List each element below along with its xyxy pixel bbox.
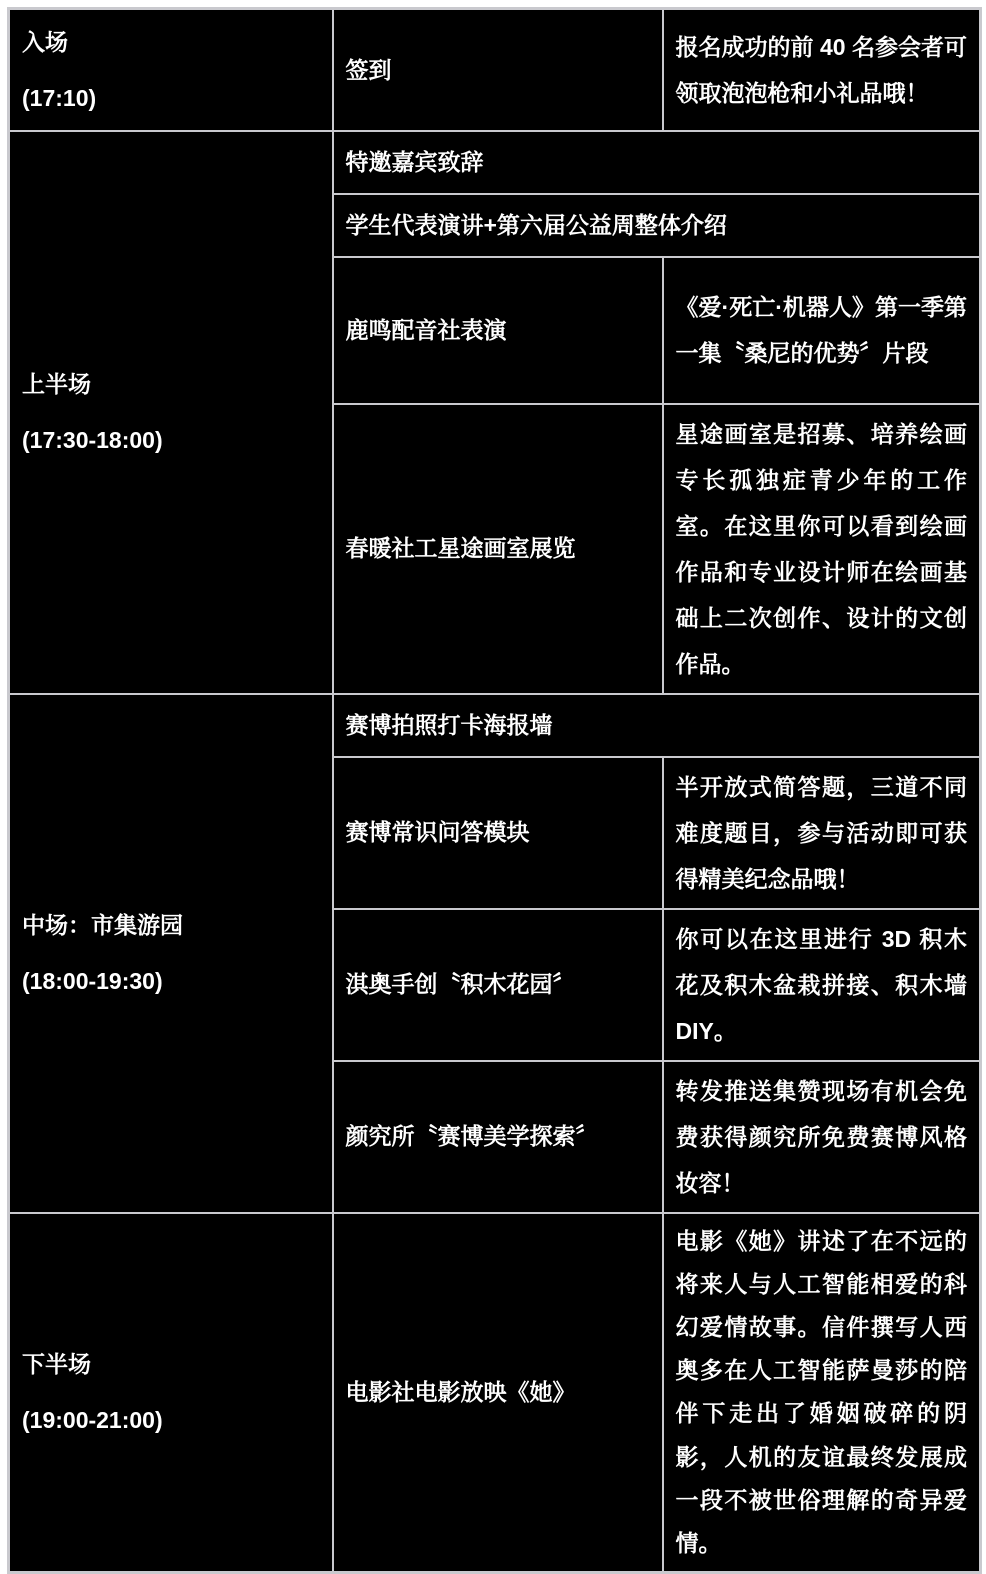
table-row: 下半场 (19:00-21:00) 电影社电影放映《她》 电影《她》讲述了在不远… [9,1213,981,1573]
detail-text: 报名成功的前 40 名参会者可领取泡泡枪和小礼品哦！ [676,24,968,116]
activity-cell: 鹿鸣配音社表演 [333,257,663,404]
detail-text: 电影《她》讲述了在不远的将来人与人工智能相爱的科幻爱情故事。信件撰写人西奥多在人… [676,1220,968,1566]
detail-text: 《爱·死亡·机器人》第一季第一集〝桑尼的优势〞片段 [676,284,968,376]
detail-text: 转发推送集赞现场有机会免费获得颜究所免费赛博风格妆容！ [676,1068,968,1206]
activity-cell: 特邀嘉宾致辞 [333,131,981,194]
table-row: 入场 (17:10) 签到 报名成功的前 40 名参会者可领取泡泡枪和小礼品哦！ [9,9,981,131]
phase-title: 上半场 [22,368,320,400]
phase-cell-second-half: 下半场 (19:00-21:00) [9,1213,333,1573]
table-row: 中场：市集游园 (18:00-19:30) 赛博拍照打卡海报墙 [9,694,981,757]
phase-cell-entry: 入场 (17:10) [9,9,333,131]
detail-text: 你可以在这里进行 3D 积木花及积木盆栽拼接、积木墙 DIY。 [676,916,968,1054]
phase-cell-mid: 中场：市集游园 (18:00-19:30) [9,694,333,1213]
activity-cell: 赛博拍照打卡海报墙 [333,694,981,757]
phase-title: 入场 [22,26,320,58]
phase-time: (17:10) [22,82,320,114]
detail-cell: 星途画室是招募、培养绘画专长孤独症青少年的工作室。在这里你可以看到绘画作品和专业… [663,404,981,694]
activity-cell: 颜究所〝赛博美学探索〞 [333,1061,663,1213]
detail-cell: 转发推送集赞现场有机会免费获得颜究所免费赛博风格妆容！ [663,1061,981,1213]
phase-cell-first-half: 上半场 (17:30-18:00) [9,131,333,694]
detail-cell: 报名成功的前 40 名参会者可领取泡泡枪和小礼品哦！ [663,9,981,131]
activity-cell: 春暖社工星途画室展览 [333,404,663,694]
detail-text: 半开放式简答题，三道不同难度题目，参与活动即可获得精美纪念品哦！ [676,764,968,902]
activity-cell: 学生代表演讲+第六届公益周整体介绍 [333,194,981,257]
activity-cell: 赛博常识问答模块 [333,757,663,909]
phase-time: (19:00-21:00) [22,1404,320,1436]
detail-cell: 电影《她》讲述了在不远的将来人与人工智能相爱的科幻爱情故事。信件撰写人西奥多在人… [663,1213,981,1573]
detail-cell: 《爱·死亡·机器人》第一季第一集〝桑尼的优势〞片段 [663,257,981,404]
detail-text: 星途画室是招募、培养绘画专长孤独症青少年的工作室。在这里你可以看到绘画作品和专业… [676,411,968,687]
activity-cell: 电影社电影放映《她》 [333,1213,663,1573]
phase-title: 下半场 [22,1348,320,1380]
schedule-table: 入场 (17:10) 签到 报名成功的前 40 名参会者可领取泡泡枪和小礼品哦！… [7,7,982,1574]
table-row: 上半场 (17:30-18:00) 特邀嘉宾致辞 [9,131,981,194]
detail-cell: 你可以在这里进行 3D 积木花及积木盆栽拼接、积木墙 DIY。 [663,909,981,1061]
detail-cell: 半开放式简答题，三道不同难度题目，参与活动即可获得精美纪念品哦！ [663,757,981,909]
activity-cell: 淇奥手创〝积木花园〞 [333,909,663,1061]
phase-time: (18:00-19:30) [22,965,320,997]
phase-time: (17:30-18:00) [22,424,320,456]
activity-cell: 签到 [333,9,663,131]
phase-title: 中场：市集游园 [22,909,320,941]
